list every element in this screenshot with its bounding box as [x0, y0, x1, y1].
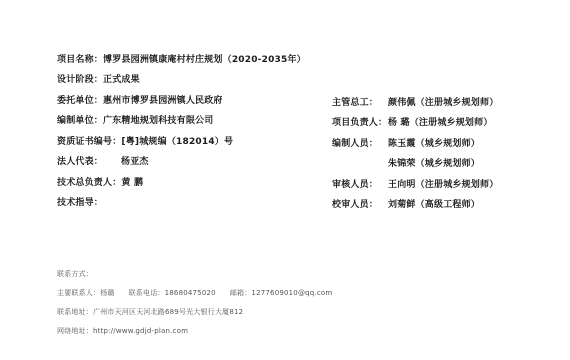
field-label: 编制人员： — [332, 136, 388, 149]
field-label: 法人代表： — [57, 154, 103, 167]
contact-website-value: http://www.gdjd-plan.com — [93, 327, 188, 335]
contact-line-person-phone-email: 主要联系人：杨璐 联系电话：18680475020 邮箱：1277609010@… — [57, 283, 332, 302]
info-row-design-stage: 设计阶段： 正式成果 — [57, 69, 357, 90]
staff-row-chief-engineer: 主管总工： 颜伟佩（注册城乡规划师） — [332, 91, 562, 112]
field-label: 编制单位： — [57, 113, 103, 126]
field-value: 颜伟佩（注册城乡规划师） — [388, 95, 498, 108]
contact-phone-value: 18680475020 — [165, 289, 216, 297]
contact-person-label: 主要联系人： — [57, 289, 100, 297]
field-value: 王向明（注册城乡规划师） — [388, 177, 498, 190]
contact-address-label: 联系地址： — [57, 308, 93, 316]
staff-row-compiler-1: 编制人员： 陈玉霞（城乡规划师） — [332, 132, 562, 153]
field-label: 项目名称： — [57, 52, 103, 65]
staff-row-proofreader: 校审人员： 刘菊鲜（高级工程师） — [332, 194, 562, 215]
field-value: 陈玉霞（城乡规划师） — [388, 136, 480, 149]
contact-phone: 联系电话：18680475020 — [129, 288, 216, 298]
field-label: 设计阶段： — [57, 72, 103, 85]
field-label: 技术总负责人： — [57, 175, 121, 188]
contact-email-value: 1277609010@qq.com — [251, 289, 332, 297]
project-staff-right-column: 主管总工： 颜伟佩（注册城乡规划师） 项目负责人： 杨 璐（注册城乡规划师） 编… — [332, 91, 562, 214]
contact-email-label: 邮箱： — [230, 289, 252, 297]
field-value: 博罗县园洲镇康庵村村庄规划（2020-2035年） — [103, 52, 306, 65]
field-label: 委托单位： — [57, 93, 103, 106]
contact-person-value: 杨璐 — [100, 289, 114, 297]
info-row-compiler: 编制单位： 广东精地规划科技有限公司 — [57, 110, 357, 131]
staff-row-reviewer: 审核人员： 王向明（注册城乡规划师） — [332, 173, 562, 194]
contact-website-label: 网络地址： — [57, 327, 93, 335]
contact-heading: 联系方式： — [57, 264, 332, 283]
field-value: 朱锦荣（城乡规划师） — [388, 156, 480, 169]
info-row-technical-guidance: 技术指导： — [57, 192, 357, 213]
contact-block: 联系方式： 主要联系人：杨璐 联系电话：18680475020 邮箱：12776… — [57, 264, 332, 340]
contact-person: 主要联系人：杨璐 — [57, 288, 115, 298]
contact-address-value: 广州市天河区天河北路689号光大银行大厦812 — [93, 308, 243, 316]
field-label: 技术指导： — [57, 195, 103, 208]
info-row-project-name: 项目名称： 博罗县园洲镇康庵村村庄规划（2020-2035年） — [57, 48, 357, 69]
field-value: 黄 鹏 — [121, 175, 143, 188]
contact-line-address: 联系地址：广州市天河区天河北路689号光大银行大厦812 — [57, 302, 332, 321]
contact-line-website: 网络地址：http://www.gdjd-plan.com — [57, 321, 332, 340]
field-value: 杨 璐（注册城乡规划师） — [388, 115, 493, 128]
info-row-legal-representative: 法人代表： 杨亚杰 — [57, 151, 357, 172]
field-label: 校审人员： — [332, 197, 388, 210]
field-label: 项目负责人： — [332, 115, 388, 128]
contact-address: 联系地址：广州市天河区天河北路689号光大银行大厦812 — [57, 307, 243, 317]
contact-email: 邮箱：1277609010@qq.com — [230, 288, 333, 298]
contact-website: 网络地址：http://www.gdjd-plan.com — [57, 326, 188, 336]
field-label: 资质证书编号： — [57, 134, 121, 147]
info-row-client: 委托单位： 惠州市博罗县园洲镇人民政府 — [57, 89, 357, 110]
field-value: 杨亚杰 — [121, 154, 149, 167]
document-page: 项目名称： 博罗县园洲镇康庵村村庄规划（2020-2035年） 设计阶段： 正式… — [0, 0, 570, 360]
field-value: 惠州市博罗县园洲镇人民政府 — [103, 93, 223, 106]
field-value: 广东精地规划科技有限公司 — [103, 113, 213, 126]
info-row-certificate: 资质证书编号： [粤]城规编（182014）号 — [57, 130, 357, 151]
info-row-chief-technical: 技术总负责人： 黄 鹏 — [57, 171, 357, 192]
contact-phone-label: 联系电话： — [129, 289, 165, 297]
field-label: 主管总工： — [332, 95, 388, 108]
project-info-left-column: 项目名称： 博罗县园洲镇康庵村村庄规划（2020-2035年） 设计阶段： 正式… — [57, 48, 357, 212]
field-label: 审核人员： — [332, 177, 388, 190]
field-value: [粤]城规编（182014）号 — [121, 134, 233, 147]
staff-row-compiler-2: 朱锦荣（城乡规划师） — [332, 153, 562, 174]
staff-row-project-leader: 项目负责人： 杨 璐（注册城乡规划师） — [332, 112, 562, 133]
field-value: 正式成果 — [103, 72, 140, 85]
field-value: 刘菊鲜（高级工程师） — [388, 197, 480, 210]
